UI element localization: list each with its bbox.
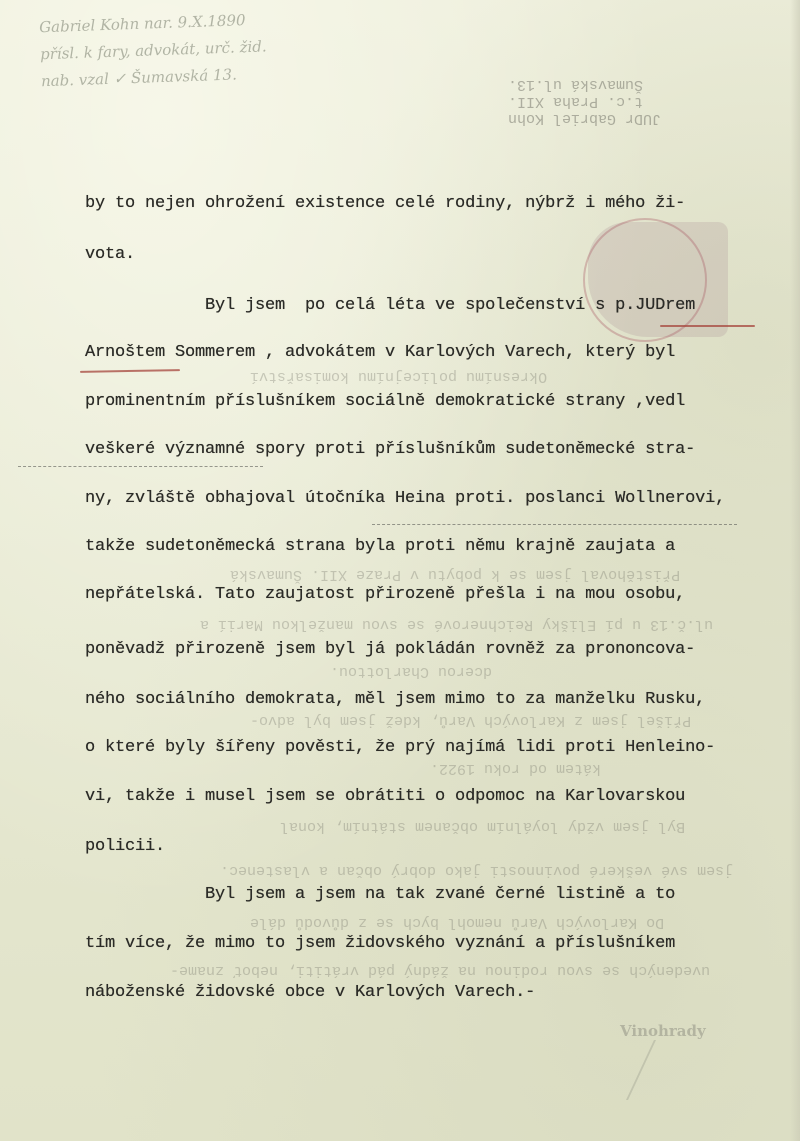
dashed-underline [372, 524, 737, 525]
red-underline [80, 369, 180, 373]
red-underline [660, 325, 755, 327]
bleed-through-line: Okresnímu policejnímu komisařství [250, 368, 547, 385]
pencil-annotation: Gabriel Kohn nar. 9.X.1890 přísl. k fary… [39, 2, 402, 96]
bleed-through-line: Byl jsem vždy loyálním občanem státním, … [280, 818, 685, 835]
body-line: takže sudetoněmecká strana byla proti ně… [85, 537, 675, 556]
bleed-through-line: Do Karlových Varů nemohl bych se z důvod… [250, 914, 664, 931]
body-line: Arnoštem Sommerem , advokátem v Karlovýc… [85, 343, 675, 362]
body-line: veškeré významné spory proti příslušníků… [85, 440, 695, 459]
signature-bleed-through: Vinohrady [620, 1022, 706, 1040]
bleed-header-line: Šumavská ul.13. [508, 76, 661, 93]
bleed-header-line: JUDr Gabriel Kohn [508, 110, 661, 127]
bleed-through-header: JUDr Gabriel Kohn t.c. Praha XII. Šumavs… [508, 76, 661, 127]
bleed-through-line: Přistěhoval jsem se k pobytu v Praze XII… [230, 566, 680, 583]
page-edge [790, 0, 800, 1141]
bleed-through-line: kátem od roku 1922. [430, 760, 601, 777]
body-line: ného sociálního demokrata, měl jsem mimo… [85, 690, 705, 709]
body-line: o které byly šířeny pověsti, že prý nají… [85, 738, 715, 757]
body-line: policii. [85, 837, 165, 856]
bleed-through-line: Přišel jsem z Karlových Varů, kdež jsem … [250, 712, 691, 729]
bleed-through-line: ul.č.13 u pí Elišky Reichnerové se svou … [200, 616, 713, 633]
dashed-underline [18, 466, 263, 467]
body-line: by to nejen ohrožení existence celé rodi… [85, 194, 685, 213]
bleed-header-line: t.c. Praha XII. [508, 93, 661, 110]
body-line: Byl jsem a jsem na tak zvané černé listi… [85, 885, 675, 904]
bleed-through-line: jsem své veškeré povinnosti jako dobrý o… [220, 862, 733, 879]
body-line: náboženské židovské obce v Karlových Var… [85, 983, 535, 1002]
body-line: poněvadž přirozeně jsem byl já pokládán … [85, 640, 695, 659]
ink-stamp-ring [583, 218, 707, 342]
body-line: tím více, že mimo to jsem židovského vyz… [85, 934, 675, 953]
pencil-scrawl [626, 1040, 726, 1100]
bleed-through-line: dcerou Charlottou. [330, 663, 492, 680]
body-line: ny, zvláště obhajoval útočníka Heina pro… [85, 489, 725, 508]
document-page: Gabriel Kohn nar. 9.X.1890 přísl. k fary… [0, 0, 800, 1141]
body-line: prominentním příslušníkem sociálně demok… [85, 392, 685, 411]
body-line: vota. [85, 245, 135, 264]
body-line: Byl jsem po celá léta ve společenství s … [85, 296, 695, 315]
body-line: nepřátelská. Tato zaujatost přirozeně př… [85, 585, 685, 604]
body-line: vi, takže i musel jsem se obrátiti o odp… [85, 787, 685, 806]
bleed-through-line: uvedených se svou rodinou na žádný pád v… [170, 962, 710, 979]
